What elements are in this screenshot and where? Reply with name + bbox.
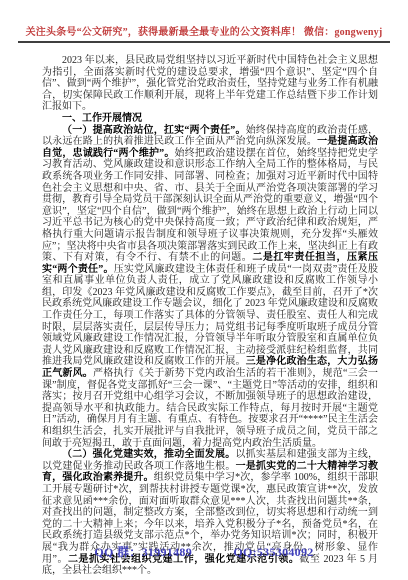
bold-run: （一）提高政治站位，扛实“两个责任”。 [62, 125, 246, 136]
qq-number: QQ:535304092 [233, 545, 313, 559]
bold-run: （二）强化党建实效，推动全面发展。 [62, 449, 235, 460]
text-run: 严格执行《关于新势下党内政治生活的若干准则》，规范“三会一课”制度，督促各党支部… [42, 368, 378, 449]
text-run: 2023 年以来，县民政局党组坚持以习近平新时代中国特色社会主义思想为指引，全面… [42, 55, 378, 112]
promo-banner: 关注头条号“公文研究”，获得最新最全最专业的公文资料库！ 微信：gongweny… [0, 22, 408, 43]
paragraph: 2023 年以来，县民政局党组坚持以习近平新时代中国特色社会主义思想为指引，全面… [42, 55, 378, 113]
document-body: 2023 年以来，县民政局党组坚持以习近平新时代中国特色社会主义思想为指引，全面… [42, 55, 378, 577]
text-run: 压实党风廉政建设主体责任和班子成员“一岗双责”责任及股室和直属事业单位负责人责任… [42, 264, 378, 368]
section-heading: 一、工作开展情况 [42, 113, 378, 125]
promo-banner-text: 关注头条号“公文研究”，获得最新最全最专业的公文资料库！ 微信：gongweny… [18, 23, 391, 43]
contact-footer: QQ 群：31991489 QQ:535304092 [0, 543, 408, 560]
qq-group-number: QQ 群：31991489 [94, 545, 192, 559]
text-run: 始终把政治建设摆在首位，始终坚持把党史学习教育活动、党风廉政建设和意识形态工作纳… [42, 148, 378, 263]
paragraph: （一）提高政治站位，扛实“两个责任”。始终保持高度的政治责任感，以永远在路上的执… [42, 125, 378, 450]
bold-run: 一、工作开展情况 [62, 113, 142, 124]
document-page: 关注头条号“公文研究”，获得最新最全最专业的公文资料库！ 微信：gongweny… [0, 0, 408, 580]
